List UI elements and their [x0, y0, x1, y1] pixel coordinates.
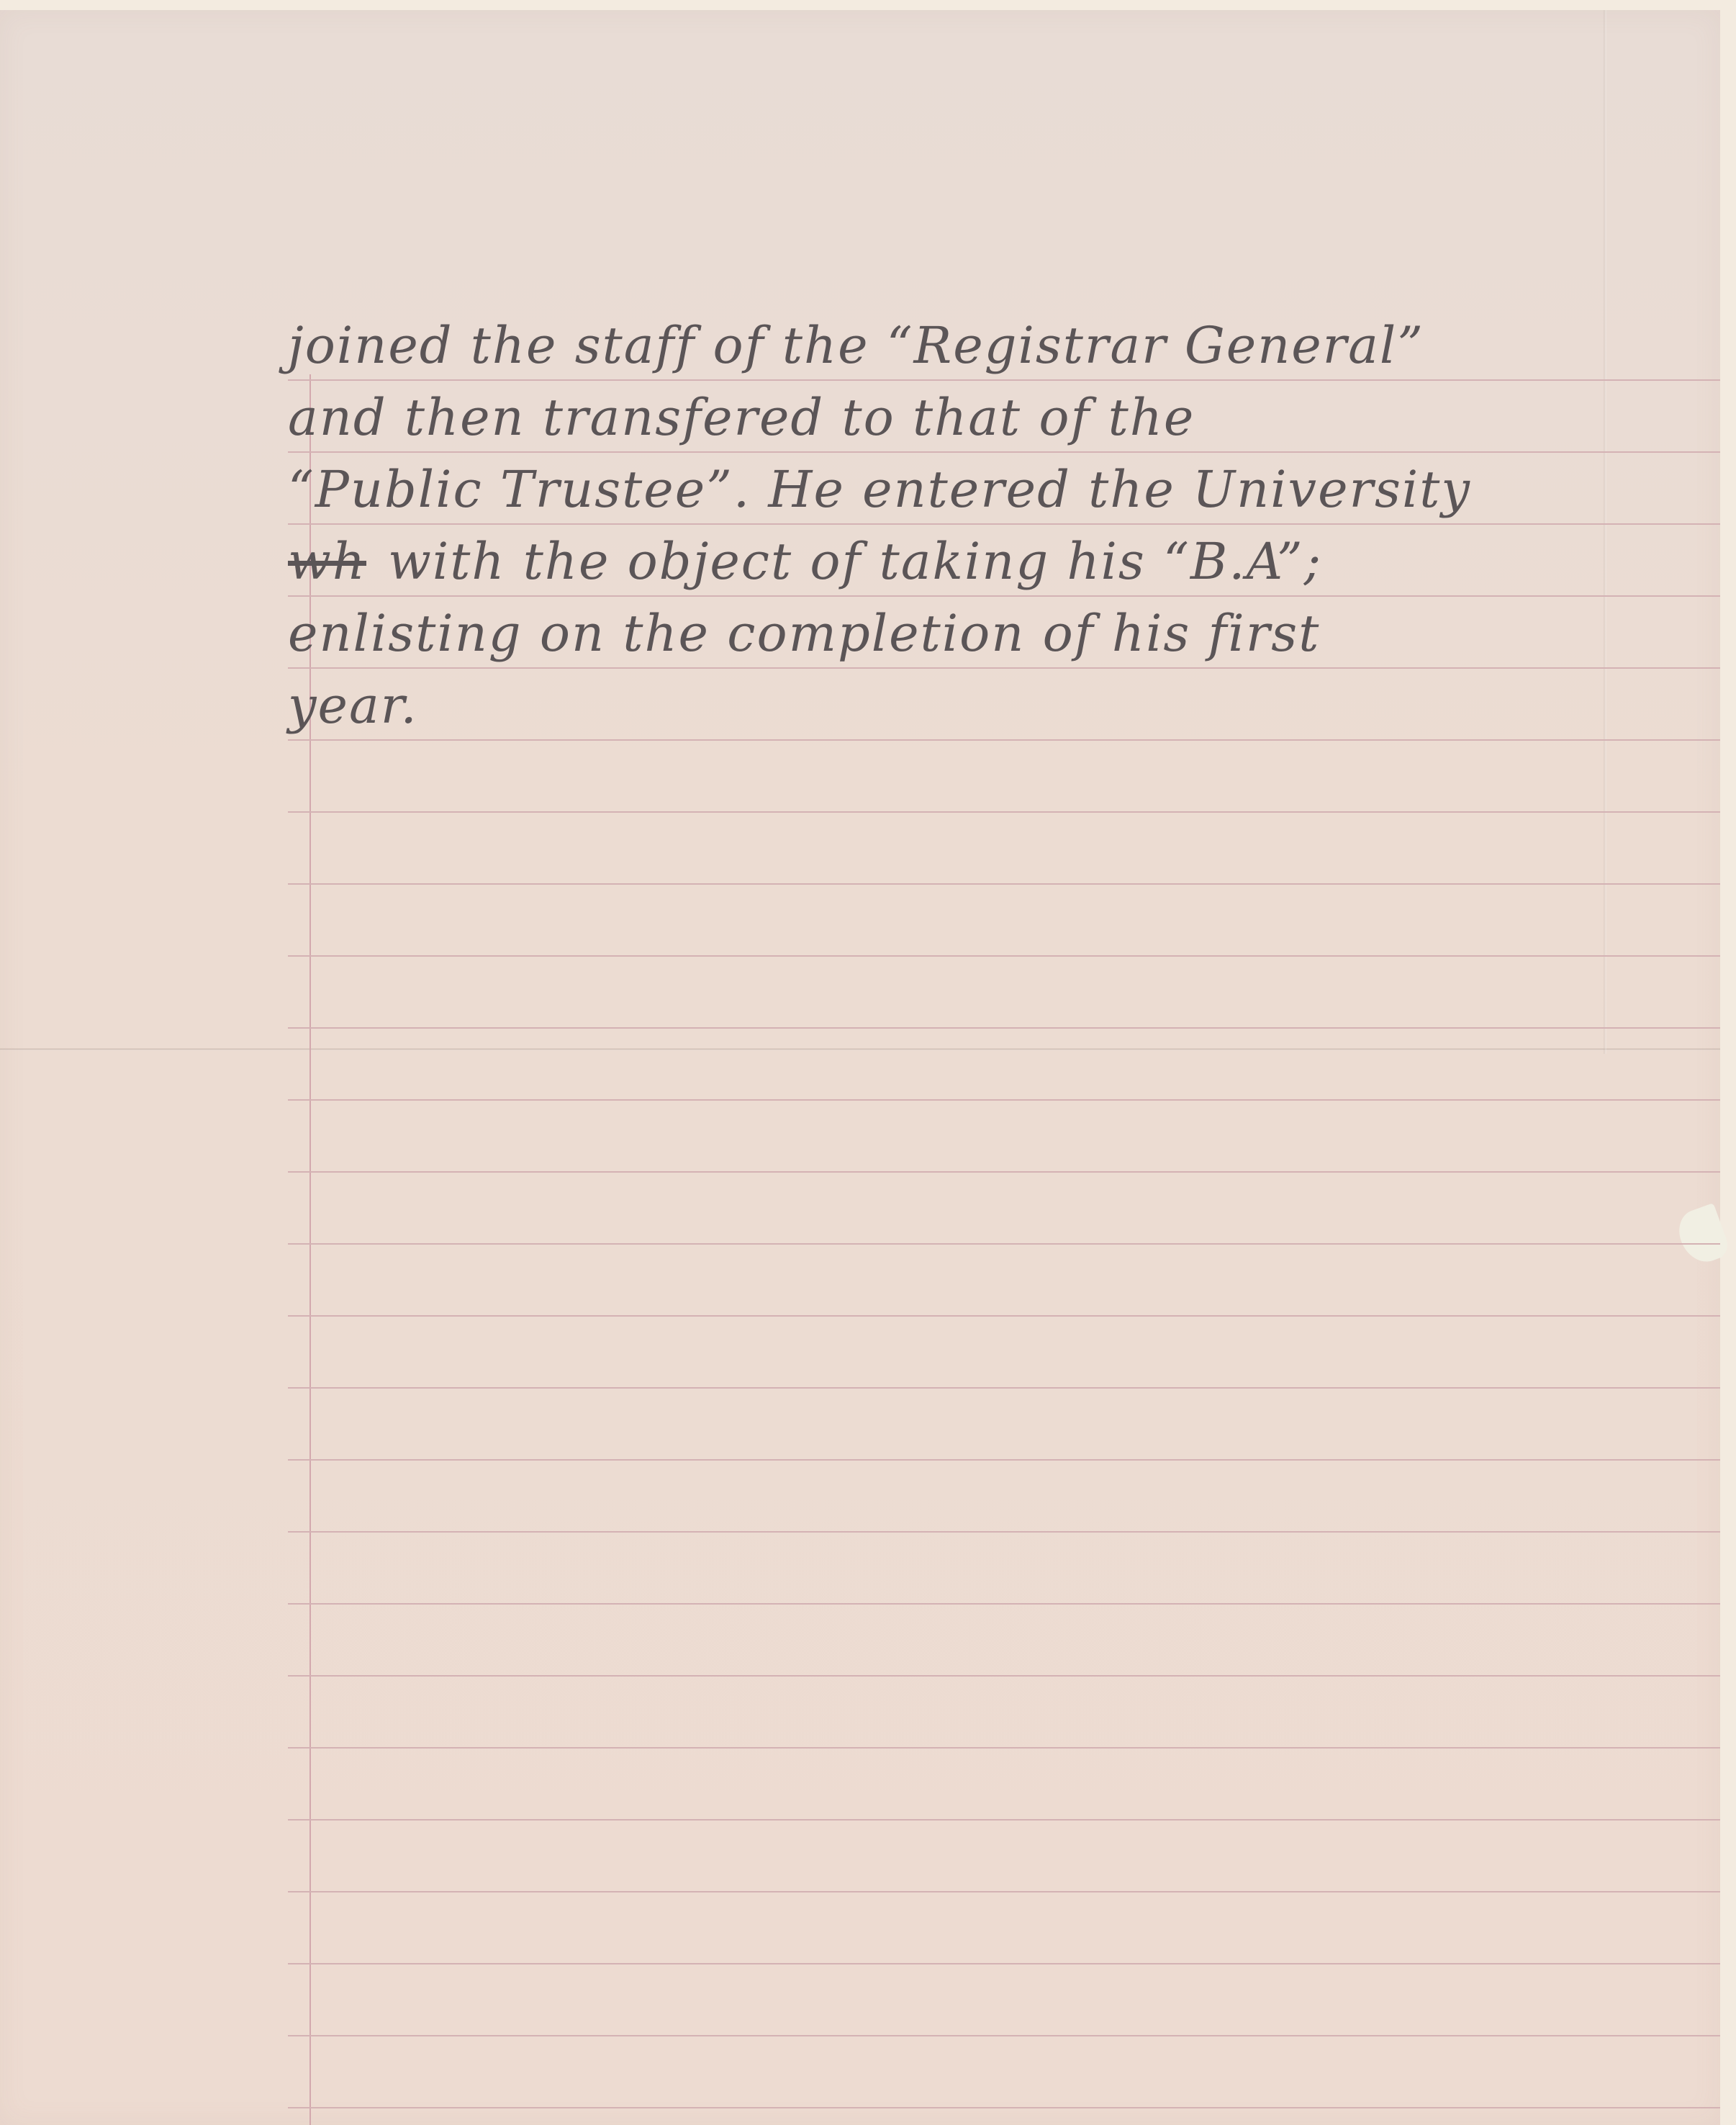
ruled-line	[288, 1099, 1720, 1101]
ruled-line	[288, 955, 1720, 957]
ruled-line	[288, 1315, 1720, 1317]
ruled-line	[288, 1963, 1720, 1964]
text-line-1: joined the staff of the “Registrar Gener…	[288, 310, 1713, 382]
ruled-line	[288, 1819, 1720, 1821]
ruled-line	[288, 1891, 1720, 1892]
ruled-line	[288, 1531, 1720, 1533]
text-line-4: whwith the object of taking his “B.A”;	[288, 525, 1713, 597]
ruled-line	[288, 883, 1720, 885]
ruled-line	[288, 1243, 1720, 1245]
ruled-line	[288, 1027, 1720, 1029]
text-line-4-body: with the object of taking his “B.A”;	[388, 532, 1322, 591]
text-line-6: year.	[288, 669, 1713, 741]
torn-edge	[1673, 1203, 1732, 1268]
struck-out-word: wh	[288, 532, 366, 591]
ruled-line	[288, 1603, 1720, 1605]
ruled-line	[288, 1459, 1720, 1461]
ruled-line	[288, 2035, 1720, 2036]
ruled-line	[288, 1747, 1720, 1749]
ruled-line	[288, 811, 1720, 813]
ruled-line	[288, 2107, 1720, 2108]
ruled-line	[288, 1675, 1720, 1677]
handwritten-text: joined the staff of the “Registrar Gener…	[288, 310, 1713, 741]
text-line-2: and then transfered to that of the	[288, 382, 1713, 454]
text-line-5: enlisting on the completion of his first	[288, 597, 1713, 669]
ruled-line	[288, 1387, 1720, 1389]
horizontal-fold-crease	[0, 1048, 1720, 1050]
ruled-line	[288, 1171, 1720, 1173]
text-line-3: “Public Trustee”. He entered the Univers…	[288, 454, 1713, 525]
